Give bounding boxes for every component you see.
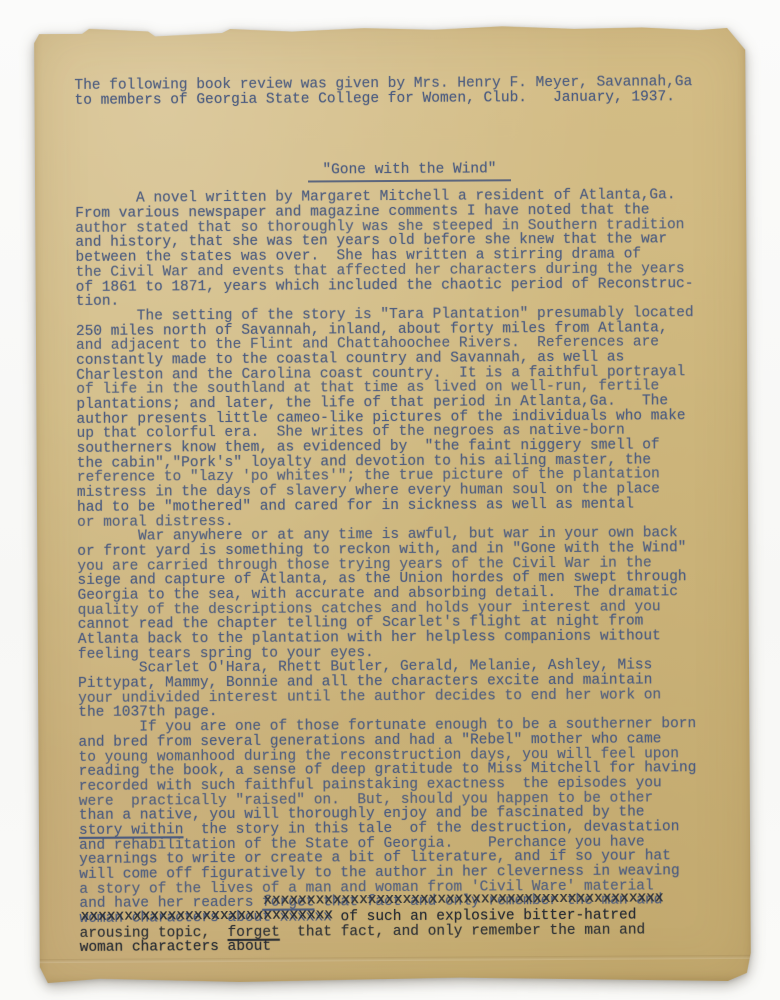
paragraph: War anywhere or at any time is awful, bu… [77,526,718,662]
text-segment: forget [227,924,279,940]
text-segment: that fact, and only remember the man and [280,922,646,940]
desk-background: The following book review was given by M… [0,0,780,1000]
text-segment: woman characters about [80,939,272,956]
attribution-note: The following book review was given by M… [74,75,714,108]
document-page: The following book review was given by M… [34,25,751,985]
text-line: arousing topic, forget that fact, and on… [80,923,720,942]
text-segment: that fact and only remember the man and [314,893,662,911]
paragraph: A novel written by Margaret Mitchell a r… [75,188,716,309]
paragraph: If you are one of those fortunate enough… [78,717,719,956]
paper-shadow-wrap: The following book review was given by M… [34,25,751,985]
document-title: "Gone with the Wind" [308,161,510,182]
paper-crease [40,955,751,963]
paragraph: The setting of the story is "Tara Planta… [76,306,717,530]
title-row: "Gone with the Wind" [46,147,686,166]
typewritten-content: The following book review was given by M… [74,75,719,956]
paragraph: Scarlet O'Hara, Rhett Butler, Gerald, Me… [78,658,718,721]
text-segment: arousing topic, [80,925,228,942]
text-segment: up that colorful era. She writes of the … [77,423,625,442]
document-body: A novel written by Margaret Mitchell a r… [75,188,720,956]
